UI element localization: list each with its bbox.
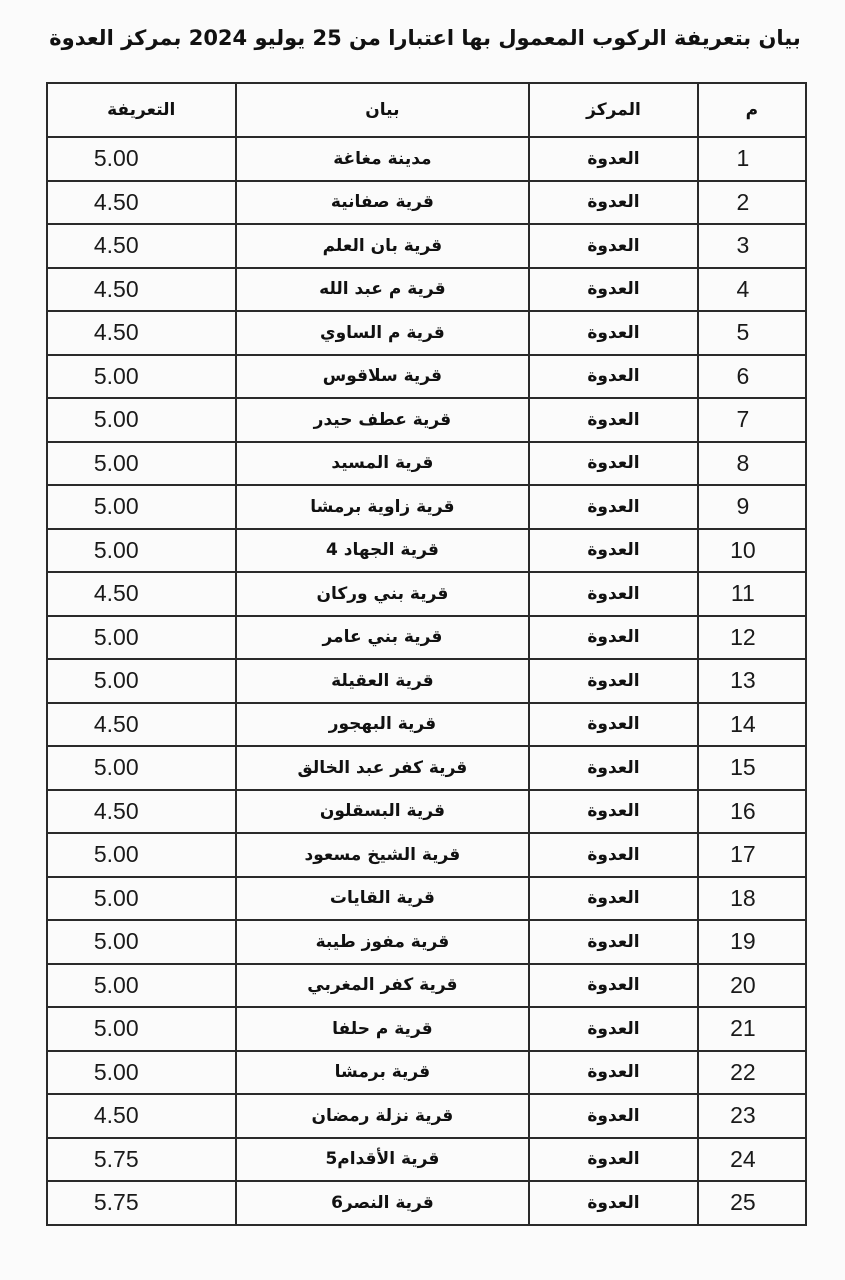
center-cell: العدوة [529,746,697,790]
tariff-cell: 4.50 [47,311,236,355]
description-cell: مدينة مغاغة [236,137,530,181]
tariff-cell: 4.50 [47,790,236,834]
row-number-cell: 1 [698,137,806,181]
table-row: 15العدوةقرية كفر عبد الخالق5.00 [47,746,806,790]
row-number-cell: 8 [698,442,806,486]
center-cell: العدوة [529,659,697,703]
header-description: بيان [236,83,530,137]
tariff-cell: 5.00 [47,1051,236,1095]
tariff-cell: 5.00 [47,964,236,1008]
row-number-cell: 3 [698,224,806,268]
center-cell: العدوة [529,1007,697,1051]
row-number-cell: 2 [698,181,806,225]
row-number-cell: 10 [698,529,806,573]
tariff-cell: 4.50 [47,1094,236,1138]
description-cell: قرية الشيخ مسعود [236,833,530,877]
center-cell: العدوة [529,355,697,399]
tariff-cell: 5.00 [47,659,236,703]
row-number-cell: 25 [698,1181,806,1225]
tariff-cell: 5.00 [47,442,236,486]
description-cell: قرية نزلة رمضان [236,1094,530,1138]
tariff-cell: 4.50 [47,268,236,312]
row-number-cell: 18 [698,877,806,921]
table-row: 6العدوةقرية سلاقوس5.00 [47,355,806,399]
table-row: 8العدوةقرية المسيد5.00 [47,442,806,486]
tariff-cell: 5.00 [47,920,236,964]
description-cell: قرية برمشا [236,1051,530,1095]
description-cell: قرية البهجور [236,703,530,747]
row-number-cell: 17 [698,833,806,877]
row-number-cell: 9 [698,485,806,529]
row-number-cell: 24 [698,1138,806,1182]
row-number-cell: 13 [698,659,806,703]
table-row: 3العدوةقرية بان العلم4.50 [47,224,806,268]
tariff-cell: 4.50 [47,224,236,268]
center-cell: العدوة [529,877,697,921]
center-cell: العدوة [529,529,697,573]
tariff-cell: 4.50 [47,572,236,616]
tariff-cell: 4.50 [47,181,236,225]
center-cell: العدوة [529,1094,697,1138]
row-number-cell: 15 [698,746,806,790]
tariff-cell: 5.00 [47,1007,236,1051]
row-number-cell: 16 [698,790,806,834]
table-row: 14العدوةقرية البهجور4.50 [47,703,806,747]
center-cell: العدوة [529,616,697,660]
table-row: 7العدوةقرية عطف حيدر5.00 [47,398,806,442]
description-cell: قرية كفر المغربي [236,964,530,1008]
tariff-cell: 5.00 [47,398,236,442]
description-cell: قرية زاوية برمشا [236,485,530,529]
description-cell: قرية عطف حيدر [236,398,530,442]
description-cell: قرية بني عامر [236,616,530,660]
table-row: 12العدوةقرية بني عامر5.00 [47,616,806,660]
center-cell: العدوة [529,137,697,181]
tariff-cell: 5.00 [47,877,236,921]
row-number-cell: 19 [698,920,806,964]
table-body: 1العدوةمدينة مغاغة5.002العدوةقرية صفانية… [47,137,806,1225]
table-row: 9العدوةقرية زاوية برمشا5.00 [47,485,806,529]
table-row: 24العدوةقرية الأقدام55.75 [47,1138,806,1182]
tariff-cell: 5.00 [47,616,236,660]
tariff-cell: 4.50 [47,703,236,747]
center-cell: العدوة [529,268,697,312]
center-cell: العدوة [529,1051,697,1095]
row-number-cell: 20 [698,964,806,1008]
description-cell: قرية كفر عبد الخالق [236,746,530,790]
row-number-cell: 21 [698,1007,806,1051]
table-row: 4العدوةقرية م عبد الله4.50 [47,268,806,312]
center-cell: العدوة [529,1181,697,1225]
center-cell: العدوة [529,181,697,225]
tariff-cell: 5.75 [47,1181,236,1225]
description-cell: قرية سلاقوس [236,355,530,399]
description-cell: قرية بني وركان [236,572,530,616]
row-number-cell: 6 [698,355,806,399]
table-row: 2العدوةقرية صفانية4.50 [47,181,806,225]
table-row: 19العدوةقرية مفوز طيبة5.00 [47,920,806,964]
description-cell: قرية م حلفا [236,1007,530,1051]
header-tariff: التعريفة [47,83,236,137]
table-row: 16العدوةقرية البسقلون4.50 [47,790,806,834]
description-cell: قرية الأقدام5 [236,1138,530,1182]
center-cell: العدوة [529,398,697,442]
description-cell: قرية م الساوي [236,311,530,355]
row-number-cell: 14 [698,703,806,747]
description-cell: قرية بان العلم [236,224,530,268]
table-row: 10العدوةقرية الجهاد 45.00 [47,529,806,573]
row-number-cell: 23 [698,1094,806,1138]
table-row: 17العدوةقرية الشيخ مسعود5.00 [47,833,806,877]
header-num: م [698,83,806,137]
table-row: 18العدوةقرية القايات5.00 [47,877,806,921]
tariff-cell: 5.00 [47,746,236,790]
table-row: 11العدوةقرية بني وركان4.50 [47,572,806,616]
description-cell: قرية البسقلون [236,790,530,834]
description-cell: قرية صفانية [236,181,530,225]
description-cell: قرية العقيلة [236,659,530,703]
row-number-cell: 7 [698,398,806,442]
table-row: 1العدوةمدينة مغاغة5.00 [47,137,806,181]
description-cell: قرية النصر6 [236,1181,530,1225]
page-title: بيان بتعريفة الركوب المعمول بها اعتبارا … [30,26,820,50]
description-cell: قرية مفوز طيبة [236,920,530,964]
description-cell: قرية الجهاد 4 [236,529,530,573]
table-row: 22العدوةقرية برمشا5.00 [47,1051,806,1095]
header-center: المركز [529,83,697,137]
tariff-cell: 5.00 [47,137,236,181]
center-cell: العدوة [529,833,697,877]
tariff-table: م المركز بيان التعريفة 1العدوةمدينة مغاغ… [46,82,807,1226]
description-cell: قرية المسيد [236,442,530,486]
tariff-cell: 5.75 [47,1138,236,1182]
row-number-cell: 11 [698,572,806,616]
row-number-cell: 4 [698,268,806,312]
center-cell: العدوة [529,442,697,486]
table-row: 23العدوةقرية نزلة رمضان4.50 [47,1094,806,1138]
row-number-cell: 5 [698,311,806,355]
table-row: 5العدوةقرية م الساوي4.50 [47,311,806,355]
table-header-row: م المركز بيان التعريفة [47,83,806,137]
row-number-cell: 22 [698,1051,806,1095]
center-cell: العدوة [529,485,697,529]
tariff-cell: 5.00 [47,529,236,573]
tariff-cell: 5.00 [47,485,236,529]
center-cell: العدوة [529,964,697,1008]
row-number-cell: 12 [698,616,806,660]
tariff-cell: 5.00 [47,355,236,399]
description-cell: قرية القايات [236,877,530,921]
table-row: 20العدوةقرية كفر المغربي5.00 [47,964,806,1008]
center-cell: العدوة [529,920,697,964]
table-row: 13العدوةقرية العقيلة5.00 [47,659,806,703]
center-cell: العدوة [529,703,697,747]
center-cell: العدوة [529,224,697,268]
description-cell: قرية م عبد الله [236,268,530,312]
table-row: 21العدوةقرية م حلفا5.00 [47,1007,806,1051]
tariff-cell: 5.00 [47,833,236,877]
center-cell: العدوة [529,790,697,834]
center-cell: العدوة [529,311,697,355]
center-cell: العدوة [529,1138,697,1182]
table-row: 25العدوةقرية النصر65.75 [47,1181,806,1225]
center-cell: العدوة [529,572,697,616]
